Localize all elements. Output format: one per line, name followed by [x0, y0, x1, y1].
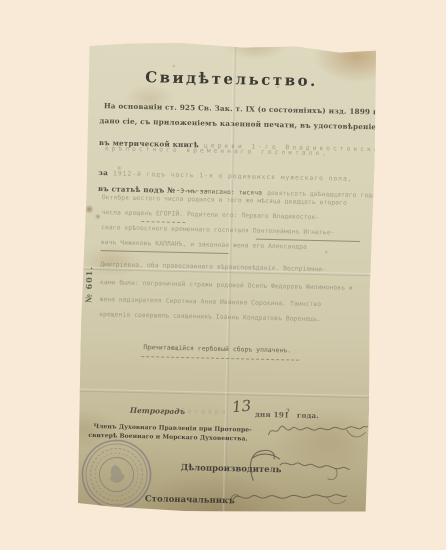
desk-officer-label: Столоначальникъ	[145, 494, 235, 506]
certificate-paper: Свидѣтельство. На основаніи ст. 925 Св. …	[77, 41, 378, 515]
article-printed: въ статьѣ подъ №	[98, 184, 175, 195]
father-name-underline	[256, 238, 360, 242]
body-line-6: ками были: пограничной стражи рядовой Ос…	[100, 279, 353, 292]
body-line-7: жена надзирателя Сиротина Анна Иванова С…	[99, 296, 321, 308]
intro-line-1: На основаніи ст. 925 Св. Зак. т. IX (о с…	[104, 101, 395, 117]
date-month-faded: Декабря	[181, 408, 229, 416]
desk-officer-signature	[227, 482, 350, 517]
body-line-3: скаго крѣпостного временнаго госпиталя П…	[101, 224, 335, 236]
official-round-seal	[79, 437, 155, 513]
side-registry-number-stamp: № 601.	[83, 266, 94, 303]
body-line-8: крещенія совершилъ священникъ Іоаннъ Кон…	[99, 311, 321, 323]
name-dashed-underline	[141, 220, 185, 223]
date-day-handwritten: 13	[232, 396, 252, 415]
stamp-duty-dashed-underline	[141, 355, 299, 361]
date-city: Петроградъ	[130, 406, 185, 416]
surname-underline	[101, 249, 229, 254]
intro-line-2: дано сіе, съ приложеніемъ казенной печат…	[99, 116, 418, 132]
stamp-duty-line: Причитающійся гербовый сборъ уплаченъ.	[143, 344, 291, 354]
fold-crease-vertical	[223, 44, 237, 512]
document-title: Свидѣтельство.	[86, 67, 376, 92]
body-line-2: числа крещенъ ЕГОРІЙ. Родители его: Перв…	[101, 209, 319, 221]
photo-background: Свидѣтельство. На основаніи ст. 925 Св. …	[0, 0, 446, 550]
